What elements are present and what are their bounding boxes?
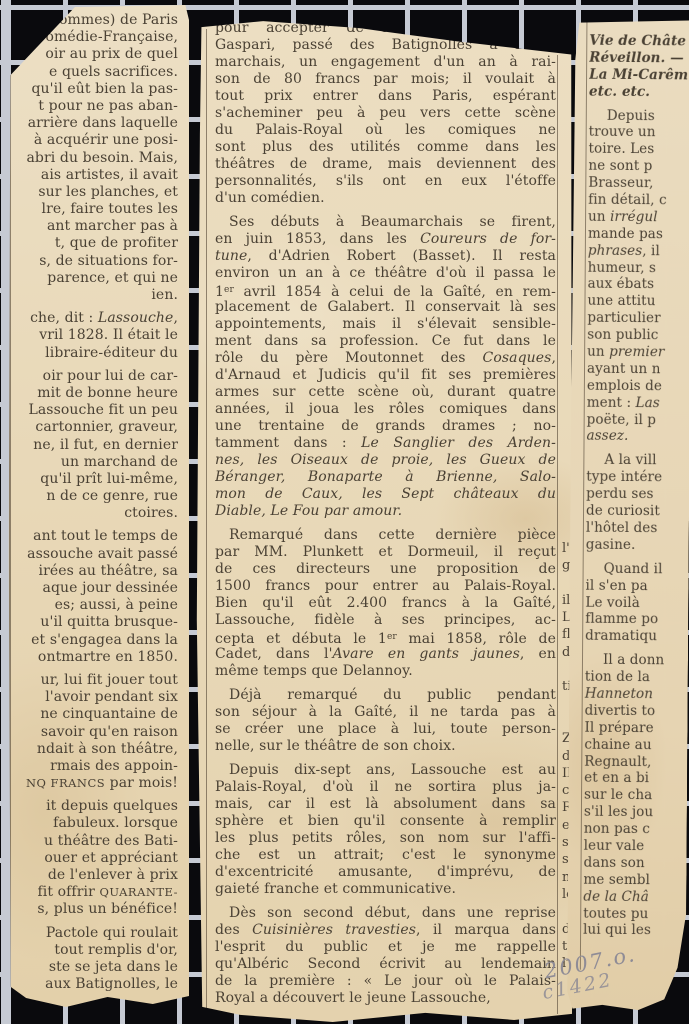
text-line: de la première : « Le jour où le Palais- (215, 973, 556, 990)
text-line: un irrégul (588, 209, 689, 227)
text-line: un premier (587, 344, 689, 362)
text-line: ant tout le temps de (0, 528, 178, 545)
text-line: du Palais-Royal où les comiques ne (215, 122, 556, 139)
column-rule (557, 55, 558, 1014)
text-line: Ses débuts à Beaumarchais se firent, (215, 214, 556, 231)
text-line: fabuleux. lorsque (0, 815, 178, 832)
text-line: Depuis dix-sept ans, Lassouche est au (215, 762, 556, 779)
text-line: dramatiqu (585, 628, 689, 646)
text-line: fit offrir QUARANTE- (0, 884, 178, 901)
text-line: tune, d'Adrien Robert (Basset). Il resta (215, 248, 556, 265)
text-line: parence, et qui ne (0, 270, 178, 287)
text-line: Lassouche fit un peu (0, 402, 178, 419)
text-line: il s'en pa (585, 577, 689, 595)
text-line: nes, les Oiseaux de proie, les Gueux de (215, 452, 556, 469)
text-line: Il a donn (585, 652, 689, 670)
text-line: aux ébats (588, 276, 689, 294)
text-line: son public (587, 327, 689, 345)
text-line: qu'Albéric Second écrivit au lendemain (215, 956, 556, 973)
text-line: personnalités, s'ils ont en eux l'étoffe (215, 173, 556, 190)
text-line: pour accepter de son ancien directeur (215, 20, 556, 37)
text-line: e quels sacrifices. (0, 64, 178, 81)
text-line: Il prépare (584, 719, 689, 737)
text-line: années, il joua les rôles comiques dans (215, 401, 556, 418)
text-line: toutes pu (583, 905, 689, 923)
text-line: sphère et bien qu'il consente à remplir (215, 813, 556, 830)
text-line: appointements, mais il s'élevait sensibl… (215, 316, 556, 333)
text-line: s'il les jou (584, 804, 689, 822)
text-line: Dès son second début, dans une reprise (215, 905, 556, 922)
text-line: lre, faire toutes les (0, 201, 178, 218)
text-line: che, dit : Lassouche, (0, 310, 178, 327)
newspaper-clipping-right: Vie de ChâteRéveillon. —La Mi-Carêmetc. … (567, 20, 689, 1013)
text-line: d'excentricité amusante, d'imprévu, de (215, 864, 556, 881)
text-line: par MM. Plunkett et Dormeuil, il reçut (215, 544, 556, 561)
text-line: Lassouche, fidèle à ses principes, ac- (215, 612, 556, 629)
column-rule (206, 29, 207, 1018)
text-line: u'il quitta brusque- (0, 614, 178, 631)
text-line: NQ FRANCS par mois! (0, 775, 178, 792)
text-line: t, que de profiter (0, 235, 178, 252)
text-line: ur, lui fit jouer tout (0, 672, 178, 689)
text-line: ste se jeta dans le (0, 959, 178, 976)
text-line: ayant un n (587, 361, 689, 379)
text-line: et s'engagea dans la (0, 632, 178, 649)
text-line: es; aussi, à peine (0, 597, 178, 614)
text-line: 1er avril 1854 à celui de la Gaîté, en r… (215, 282, 556, 299)
text-line: ant marcher pas à (0, 218, 178, 235)
text-line: Hanneton (585, 686, 689, 704)
text-line: oir pour lui de car- (0, 368, 178, 385)
text-line: tout prix entrer dans Paris, espérant (215, 88, 556, 105)
text-line: Brasseur, (588, 175, 689, 193)
text-line: l'avoir pendant six (0, 689, 178, 706)
text-line: Regnault, (584, 753, 689, 771)
text-line: l'hôtel des (586, 520, 689, 538)
text-line: son séjour à la Gaîté, il ne tarda pas à (215, 704, 556, 721)
text-line: sur les planches, et (0, 184, 178, 201)
text-line: de ces directeurs une proposition de (215, 561, 556, 578)
text-line: en juin 1853, dans les Coureurs de for- (215, 231, 556, 248)
text-line: mon de Caux, les Sept châteaux du (215, 486, 556, 503)
text-line: Pactole qui roulait (0, 925, 178, 942)
text-line: toire. Les (588, 141, 689, 159)
text-line: etc. etc. (589, 83, 689, 101)
text-line: particulier (587, 310, 689, 328)
text-line: non pas c (584, 821, 689, 839)
text-line: phrases, il (588, 242, 689, 260)
text-line: Diable, Le Fou par amour. (215, 503, 556, 520)
text-line: mande pas (588, 226, 689, 244)
text-line: me sembl (583, 871, 689, 889)
text-line: type intére (586, 469, 689, 487)
text-line: de la Châ (583, 888, 689, 906)
text-line: mais, car il est là absolument dans sa (215, 796, 556, 813)
text-line: 1500 francs pour entrer au Palais-Royal. (215, 578, 556, 595)
text-line: gaieté franche et communicative. (215, 881, 556, 898)
text-line: d'un comédien. (215, 190, 556, 207)
text-line: libraire-éditeur du (0, 345, 178, 362)
text-line: tion de la (585, 669, 689, 687)
text-line: ne sont p (588, 158, 689, 176)
text-line: sur le cha (584, 787, 689, 805)
text-line: ouer et appréciant (0, 850, 178, 867)
text-line: emplois de (587, 378, 689, 396)
text-line: Vie de Châte (589, 33, 689, 51)
text-line: trouve un (589, 124, 689, 142)
text-line: même temps que Delannoy. (215, 663, 556, 680)
text-line: tout remplis d'or, (0, 942, 178, 959)
text-line: Comédie-Française, (0, 29, 178, 46)
text-line: qu'il eût bien la pas- (0, 81, 178, 98)
cutting-mat: e (hommes) de ParisComédie-Française,oir… (0, 0, 689, 1024)
text-line: les plus petits rôles, son nom sur l'aff… (215, 830, 556, 847)
text-line: son de 80 francs par mois; il voulait à (215, 71, 556, 88)
text-line: sont plus des utilités comme dans les (215, 139, 556, 156)
text-line: l'esprit du public et je me rappelle (215, 939, 556, 956)
text-line: leur vale (584, 838, 689, 856)
text-line: arrière dans laquelle (0, 115, 178, 132)
text-line: gasine. (586, 537, 689, 555)
text-line: ais artistes, il avait (0, 167, 178, 184)
text-line: placement de Galabert. Il conservait là … (215, 299, 556, 316)
text-line: ien. (0, 287, 178, 304)
text-line: n de ce genre, rue (0, 488, 178, 505)
text-line: armes sur cette scène où, durant quatre (215, 384, 556, 401)
text-line: cartonnier, graveur, (0, 419, 178, 436)
text-line: humeur, s (588, 259, 689, 277)
center-column-text: pour accepter de son ancien directeurGas… (215, 20, 556, 1007)
text-line: dans son (584, 855, 689, 873)
text-line: it depuis quelques (0, 798, 178, 815)
text-line: A la vill (586, 452, 689, 470)
text-line: che est un attrait; c'est le synonyme (215, 847, 556, 864)
text-line: poëte, il p (587, 411, 689, 429)
text-line: mit de bonne heure (0, 385, 178, 402)
text-line: oir au prix de quel (0, 46, 178, 63)
text-line: ne, il fut, en dernier (0, 437, 178, 454)
text-line: un marchand de (0, 454, 178, 471)
text-line: et en a bi (584, 770, 689, 788)
text-line: perdu ses (586, 486, 689, 504)
text-line: une attitu (587, 293, 689, 311)
text-line: qu'il prît lui-même, (0, 471, 178, 488)
text-line: s'acheminer peu à peu vers cette scène (215, 105, 556, 122)
text-line: des Cuisinières travesties, il marqua da… (215, 922, 556, 939)
text-line: ment dans sa profession. Ce fut dans le (215, 333, 556, 350)
text-line: aux Batignolles, le (0, 976, 178, 993)
newspaper-clipping-left: e (hommes) de ParisComédie-Française,oir… (8, 5, 189, 1008)
text-line: marchais, un engagement d'un an à rai- (215, 54, 556, 71)
text-line: Le voilà (585, 594, 689, 612)
text-line: se créer une place à lui, toute person- (215, 721, 556, 738)
text-line: rôle du père Moutonnet des Cosaques, (215, 350, 556, 367)
text-line: Quand il (586, 560, 689, 578)
text-line: environ un an à ce théâtre d'où il passa… (215, 265, 556, 282)
text-line: Depuis (589, 107, 689, 125)
text-line: cepta et débuta le 1er mai 1858, rôle de (215, 629, 556, 646)
text-line: tamment dans : Le Sanglier des Arden- (215, 435, 556, 452)
text-line: La Mi-Carêm (589, 66, 689, 84)
text-line: abri du besoin. Mais, (0, 150, 178, 167)
text-line: théâtres de drame, mais deviennent des (215, 156, 556, 173)
text-line: de curiosit (586, 503, 689, 521)
text-line: assez. (586, 428, 689, 446)
text-line: nelle, sur le théâtre de son choix. (215, 738, 556, 755)
text-line: fin détail, c (588, 192, 689, 210)
text-line: Déjà remarqué du public pendant (215, 687, 556, 704)
text-line: s, plus un bénéfice! (0, 901, 178, 918)
text-line: flamme po (585, 611, 689, 629)
text-line: Royal a découvert le jeune Lassouche, (215, 990, 556, 1007)
left-column-text: e (hommes) de ParisComédie-Française,oir… (0, 12, 178, 993)
text-line: Gaspari, passé des Batignolles à Beau- (215, 37, 556, 54)
text-line: Béranger, Bonaparte à Brienne, Salo- (215, 469, 556, 486)
text-line: d'Arnaud et Judicis qu'il fit ses premiè… (215, 367, 556, 384)
text-line: rmais des appoin- (0, 758, 178, 775)
text-line: ne cinquantaine de (0, 706, 178, 723)
text-line: ment : Las (587, 394, 689, 412)
text-line: ctoires. (0, 505, 178, 522)
text-line: ontmartre en 1850. (0, 649, 178, 666)
text-line: u théâtre des Bati- (0, 833, 178, 850)
text-line: une trentaine de grands drames ; no- (215, 418, 556, 435)
text-line: assouche avait passé (0, 546, 178, 563)
text-line: à acquérir une posi- (0, 132, 178, 149)
text-line: chaine au (584, 736, 689, 754)
text-line: divertis to (585, 703, 689, 721)
text-line: Remarqué dans cette dernière pièce (215, 527, 556, 544)
text-line: s, de situations for- (0, 253, 178, 270)
text-line: Bien qu'il eût 2.400 francs à la Gaîté, (215, 595, 556, 612)
text-line: Palais-Royal, d'où il ne sortira plus ja… (215, 779, 556, 796)
text-line: t pour ne pas aban- (0, 98, 178, 115)
newspaper-clipping-center: pour accepter de son ancien directeurGas… (186, 13, 572, 1024)
text-line: Réveillon. — (589, 50, 689, 68)
right-column-text: Vie de ChâteRéveillon. —La Mi-Carêmetc. … (583, 33, 689, 940)
text-line: de l'enlever à prix (0, 867, 178, 884)
text-line: irées au théâtre, sa (0, 563, 178, 580)
text-line: aque jour dessinée (0, 580, 178, 597)
text-line: e (hommes) de Paris (0, 12, 178, 29)
text-line: ndait à son théâtre, (0, 741, 178, 758)
text-line: Cadet, dans l'Avare en gants jaunes, en (215, 646, 556, 663)
text-line: savoir qu'en raison (0, 724, 178, 741)
text-line: vril 1828. Il était le (0, 327, 178, 344)
